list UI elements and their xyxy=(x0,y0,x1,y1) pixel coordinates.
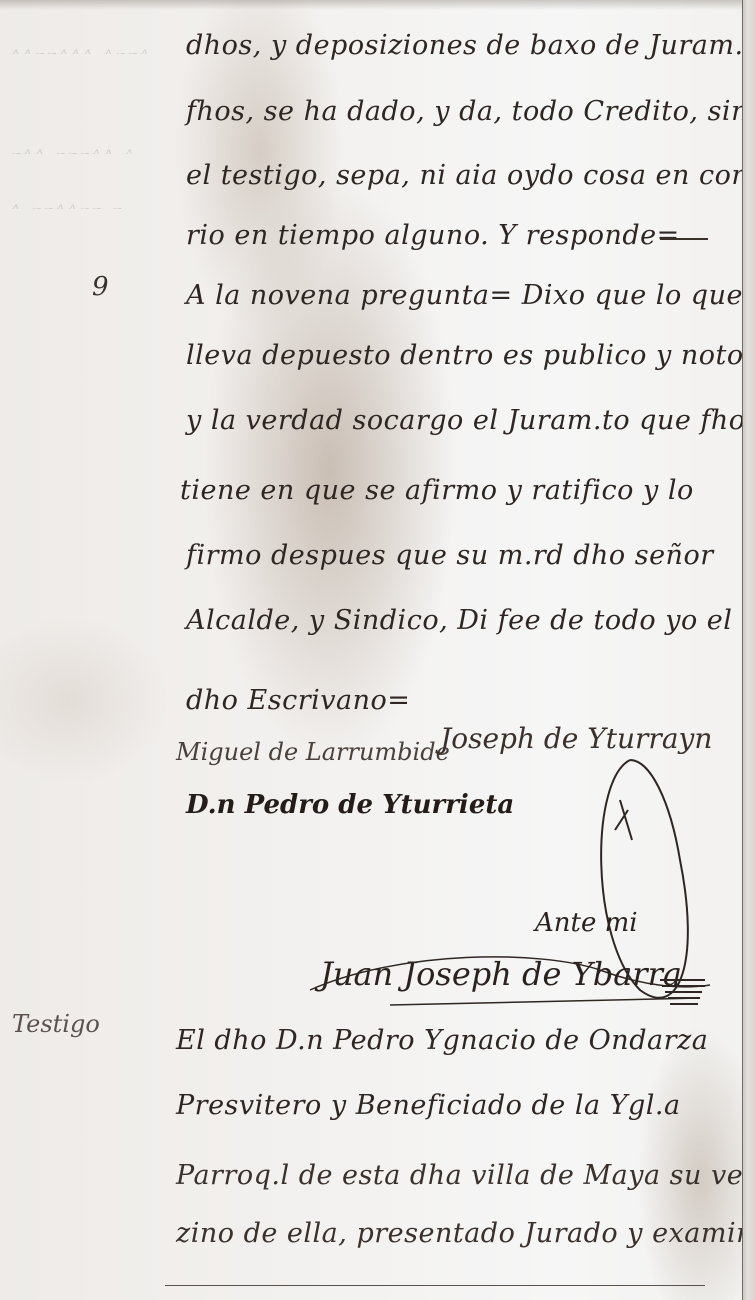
body-line-6: lleva depuesto dentro es publico y notor… xyxy=(186,340,755,371)
witness-line-1: El dho D.n Pedro Ygnacio de Ondarza xyxy=(176,1025,708,1056)
body-line-1: dhos, y deposiziones de baxo de Juram.to xyxy=(186,30,755,61)
witness-line-4: zino de ella, presentado Jurado y examin… xyxy=(176,1218,755,1249)
body-line-5: A la novena pregunta= Dixo que lo que xyxy=(186,280,743,311)
witness-line-2: Presvitero y Beneficiado de la Ygl.a xyxy=(176,1090,681,1121)
body-line-2: fhos, se ha dado, y da, todo Credito, si… xyxy=(186,96,755,127)
manuscript-page: ﾍﾍｰｰﾍﾍﾍ ﾍｰｰﾍ ｰﾍﾍ ｰｰｰﾍﾍ ﾍ ﾍ ｰｰﾍﾍｰｰ ｰ 9 dh… xyxy=(0,0,755,1300)
body-line-3: el testigo, sepa, ni aia oydo cosa en co… xyxy=(186,160,755,191)
signature-underline-flourish-icon xyxy=(300,930,720,1020)
bleed-through-text: ﾍ ｰｰﾍﾍｰｰ ｰ xyxy=(10,195,170,209)
bottom-rule xyxy=(165,1285,705,1286)
body-line-10: Alcalde, y Sindico, Di fee de todo yo el xyxy=(186,605,732,636)
witness-line-3: Parroq.l de esta dha villa de Maya su ve… xyxy=(176,1160,753,1191)
body-line-7: y la verdad socargo el Juram.to que fho xyxy=(186,405,746,436)
body-line-9: firmo despues que su m.rd dho señor xyxy=(186,540,714,571)
signature-miguel-de-larrumbide: Miguel de Larrumbide xyxy=(176,738,450,766)
top-shadow xyxy=(0,0,755,10)
body-line-8: tiene en que se afirmo y ratifico y lo xyxy=(180,475,694,506)
bleed-through-text: ﾍﾍｰｰﾍﾍﾍ ﾍｰｰﾍ xyxy=(10,40,170,54)
body-line-4: rio en tiempo alguno. Y responde= xyxy=(186,220,680,251)
page-edge xyxy=(742,0,755,1300)
body-line-11: dho Escrivano= xyxy=(186,685,410,716)
signature-pedro-de-yturrieta: D.n Pedro de Yturrieta xyxy=(186,790,514,820)
margin-label-testigo: Testigo xyxy=(12,1010,100,1038)
bleed-through-text: ｰﾍﾍ ｰｰｰﾍﾍ ﾍ xyxy=(10,140,170,154)
margin-question-number: 9 xyxy=(92,272,109,302)
line-end-dash xyxy=(660,238,708,240)
